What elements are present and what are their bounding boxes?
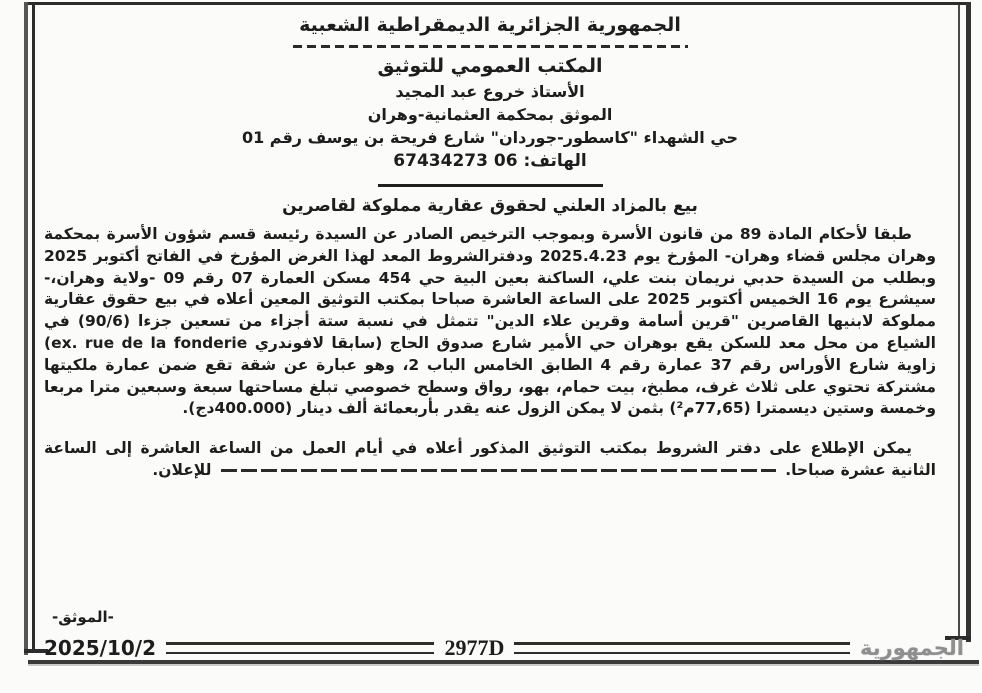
notary-name: الأستاذ خروع عبد المجيد bbox=[44, 80, 936, 103]
auction-notice-title: بيع بالمزاد العلني لحقوق عقارية مملوكة ل… bbox=[44, 196, 936, 216]
scanned-legal-notice-page: الجمهورية الجزائرية الديمقراطية الشعبية … bbox=[0, 0, 982, 693]
auction-body-paragraph: طبقا لأحكام المادة 89 من قانون الأسرة وب… bbox=[44, 224, 936, 420]
footer-bar: 2025/10/2 2977D الجمهورية bbox=[44, 636, 964, 660]
inspection-paragraph: يمكن الإطلاع على دفتر الشروط بمكتب التوث… bbox=[44, 437, 936, 481]
frame-left-inner-border bbox=[32, 5, 35, 653]
frame-right-inner-border bbox=[958, 5, 960, 638]
dashed-separator bbox=[293, 45, 688, 48]
closing-word: للإعلان. bbox=[152, 461, 211, 479]
office-address: حي الشهداء "كاسطور-جوردان" شارع فريحة بن… bbox=[44, 126, 936, 149]
header-underline bbox=[378, 184, 603, 187]
footer-double-rule-left bbox=[166, 642, 434, 654]
announcement-ref-number: 2977D bbox=[444, 635, 504, 661]
newspaper-logo: الجمهورية bbox=[860, 636, 964, 660]
publication-date: 2025/10/2 bbox=[44, 636, 156, 660]
republic-header: الجمهورية الجزائرية الديمقراطية الشعبية bbox=[44, 14, 936, 36]
document-content: الجمهورية الجزائرية الديمقراطية الشعبية … bbox=[44, 10, 936, 481]
phone-line: الهاتف: 06 67434273 bbox=[44, 151, 936, 171]
notary-court-title: الموثق بمحكمة العثمانية-وهران bbox=[44, 103, 936, 126]
footer-double-rule-right bbox=[514, 642, 850, 654]
frame-left-outer-border bbox=[24, 2, 28, 655]
frame-right-outer-border bbox=[966, 2, 971, 642]
frame-top-border bbox=[24, 2, 971, 5]
notary-office-title: المكتب العمومي للتوثيق bbox=[44, 55, 936, 77]
dashed-filler-line bbox=[221, 469, 776, 472]
notary-signature: -الموثق- bbox=[52, 608, 114, 626]
